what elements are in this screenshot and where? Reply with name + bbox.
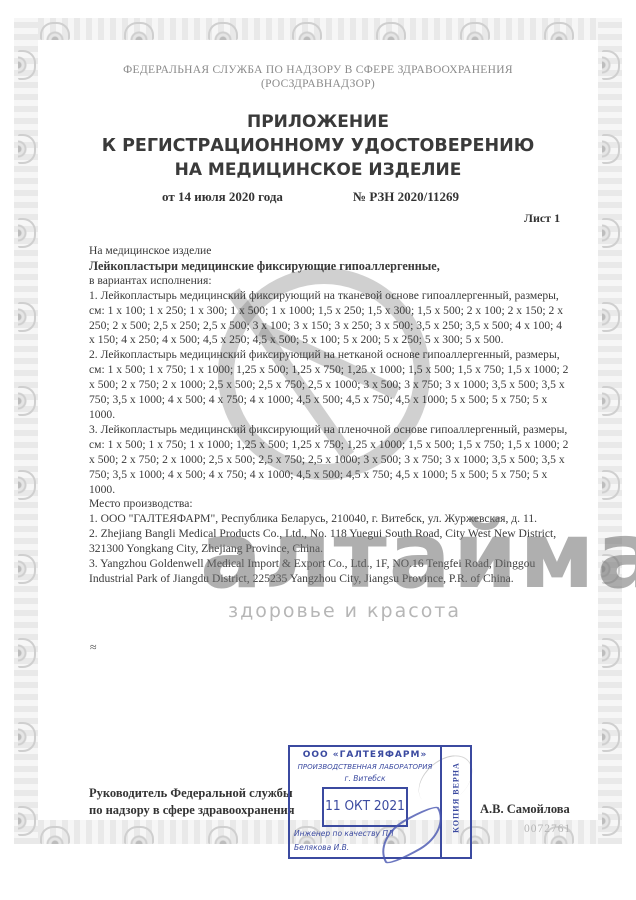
agency-name: ФЕДЕРАЛЬНАЯ СЛУЖБА ПО НАДЗОРУ В СФЕРЕ ЗД… bbox=[0, 64, 636, 76]
variants-label: в вариантах исполнения: bbox=[89, 274, 569, 289]
stamp-date-box: 11 ОКТ 2021 bbox=[322, 787, 408, 827]
registration-number: № РЗН 2020/11269 bbox=[353, 189, 459, 205]
watermark-brand: алтаймаг bbox=[200, 510, 636, 602]
stamp-side-panel: КОПИЯ ВЕРНА bbox=[440, 747, 470, 857]
document-subtitle: К РЕГИСТРАЦИОННОМУ УДОСТОВЕРЕНИЮ bbox=[0, 136, 636, 156]
variant-item: 3. Лейкопластырь медицинский фиксирующий… bbox=[89, 423, 569, 498]
variant-item: 2. Лейкопластырь медицинский фиксирующий… bbox=[89, 348, 569, 423]
end-mark-icon: ≈ bbox=[90, 640, 97, 655]
stamp-copy-mark: КОПИЯ ВЕРНА bbox=[452, 756, 461, 840]
intro-text: На медицинское изделие bbox=[89, 244, 569, 259]
stamp-laboratory: ПРОИЗВОДСТВЕННАЯ ЛАБОРАТОРИЯ bbox=[290, 763, 440, 771]
variant-item: 1. Лейкопластырь медицинский фиксирующий… bbox=[89, 289, 569, 349]
signatory-title: Руководитель Федеральной службы по надзо… bbox=[89, 785, 295, 819]
document-subtitle-2: НА МЕДИЦИНСКОЕ ИЗДЕЛИЕ bbox=[0, 160, 636, 180]
variant-title: 2. Лейкопластырь медицинский фиксирующий… bbox=[89, 348, 512, 361]
variant-title: 1. Лейкопластырь медицинский фиксирующий… bbox=[89, 289, 512, 302]
signatory-name: А.В. Самойлова bbox=[480, 802, 570, 817]
certification-stamp: ООО «ГАЛТЕЯФАРМ» ПРОИЗВОДСТВЕННАЯ ЛАБОРА… bbox=[288, 745, 472, 859]
watermark-tagline: здоровье и красота bbox=[228, 600, 461, 622]
serial-number: 0072761 bbox=[524, 823, 571, 835]
signatory-title-line1: Руководитель Федеральной службы bbox=[89, 785, 295, 802]
stamp-organization: ООО «ГАЛТЕЯФАРМ» bbox=[290, 750, 440, 760]
stamp-city: г. Витебск bbox=[290, 774, 440, 783]
document-title: ПРИЛОЖЕНИЕ bbox=[0, 112, 636, 132]
signatory-title-line2: по надзору в сфере здравоохранения bbox=[89, 802, 295, 819]
variant-title: 3. Лейкопластырь медицинский фиксирующий… bbox=[89, 423, 520, 436]
product-name: Лейкопластыри медицинские фиксирующие ги… bbox=[89, 259, 569, 274]
sheet-number: Лист 1 bbox=[524, 211, 560, 226]
agency-abbreviation: (РОСЗДРАВНАДЗОР) bbox=[0, 78, 636, 90]
stamp-name: Белякова И.В. bbox=[294, 843, 349, 852]
stamp-date: 11 ОКТ 2021 bbox=[324, 798, 406, 814]
stamp-role: Инженер по качеству ПЛ bbox=[294, 829, 394, 838]
issue-date: от 14 июля 2020 года bbox=[162, 189, 283, 205]
